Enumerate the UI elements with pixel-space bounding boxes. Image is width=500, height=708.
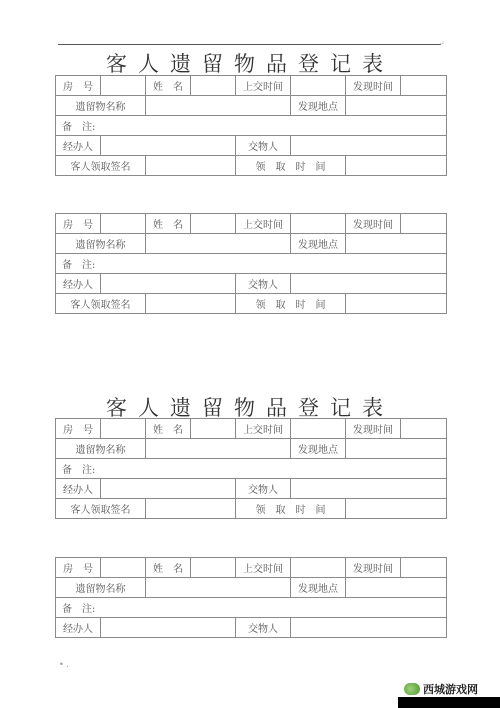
form-title: 客人遗留物品登记表	[0, 48, 500, 78]
submitter-label: 交物人	[236, 479, 291, 499]
found-location-label: 发现地点	[291, 234, 346, 254]
remarks-label: 备 注:	[62, 122, 95, 133]
watermark-text: 西城游戏网	[423, 681, 478, 697]
guest-signature-field[interactable]	[146, 294, 236, 314]
watermark: 西城游戏网	[398, 680, 500, 708]
item-name-field[interactable]	[146, 439, 291, 459]
handler-field[interactable]	[101, 274, 236, 294]
room-no-label: 房 号	[56, 419, 101, 439]
room-no-field[interactable]	[101, 419, 146, 439]
room-no-label: 房 号	[56, 214, 101, 234]
remarks-field[interactable]: 备 注:	[56, 116, 447, 136]
form-row: 经办人 交物人	[56, 274, 447, 294]
room-no-field[interactable]	[101, 76, 146, 96]
found-location-field[interactable]	[346, 439, 447, 459]
handler-label: 经办人	[56, 479, 101, 499]
name-field[interactable]	[191, 419, 236, 439]
name-field[interactable]	[191, 214, 236, 234]
remarks-label: 备 注:	[62, 604, 95, 615]
form-row: 经办人 交物人	[56, 618, 447, 638]
submitter-field[interactable]	[291, 136, 447, 156]
submitter-field[interactable]	[291, 479, 447, 499]
found-time-field[interactable]	[401, 76, 447, 96]
form-row: 房 号 姓 名 上交时间 发现时间	[56, 558, 447, 578]
found-time-field[interactable]	[401, 558, 447, 578]
submitter-field[interactable]	[291, 274, 447, 294]
found-time-label: 发现时间	[346, 419, 401, 439]
form-row: 客人领取签名 领 取 时 间	[56, 499, 447, 519]
form-row: 备 注:	[56, 254, 447, 274]
guest-signature-label: 客人领取签名	[56, 294, 146, 314]
found-location-field[interactable]	[346, 96, 447, 116]
found-location-field[interactable]	[346, 578, 447, 598]
guest-signature-label: 客人领取签名	[56, 499, 146, 519]
submit-time-field[interactable]	[291, 76, 346, 96]
name-label: 姓 名	[146, 419, 191, 439]
claim-time-label: 领 取 时 间	[236, 499, 346, 519]
form-row: 备 注:	[56, 459, 447, 479]
paragraph-mark: ↵	[438, 39, 445, 48]
remarks-field[interactable]: 备 注:	[56, 598, 447, 618]
handler-field[interactable]	[101, 136, 236, 156]
form-row: 客人领取签名 领 取 时 间	[56, 156, 447, 176]
claim-time-field[interactable]	[346, 294, 447, 314]
registration-form-3: 房 号 姓 名 上交时间 发现时间 遗留物名称 发现地点 备 注: 经办人 交物…	[55, 418, 447, 519]
claim-time-label: 领 取 时 间	[236, 156, 346, 176]
item-name-label: 遗留物名称	[56, 234, 146, 254]
claim-time-label: 领 取 时 间	[236, 294, 346, 314]
submitter-label: 交物人	[236, 618, 291, 638]
submit-time-label: 上交时间	[236, 214, 291, 234]
item-name-field[interactable]	[146, 234, 291, 254]
submitter-label: 交物人	[236, 274, 291, 294]
item-name-label: 遗留物名称	[56, 439, 146, 459]
found-location-label: 发现地点	[291, 578, 346, 598]
registration-form-4: 房 号 姓 名 上交时间 发现时间 遗留物名称 发现地点 备 注: 经办人 交物…	[55, 557, 447, 638]
guest-signature-field[interactable]	[146, 499, 236, 519]
registration-form-1: 房 号 姓 名 上交时间 发现时间 遗留物名称 发现地点 备 注: 经办人 交物…	[55, 75, 447, 176]
form-row: 遗留物名称 发现地点	[56, 96, 447, 116]
guest-signature-field[interactable]	[146, 156, 236, 176]
name-label: 姓 名	[146, 76, 191, 96]
room-no-field[interactable]	[101, 558, 146, 578]
item-name-field[interactable]	[146, 578, 291, 598]
submitter-field[interactable]	[291, 618, 447, 638]
found-time-label: 发现时间	[346, 76, 401, 96]
remarks-label: 备 注:	[62, 465, 95, 476]
form-row: 备 注:	[56, 116, 447, 136]
room-no-field[interactable]	[101, 214, 146, 234]
claim-time-field[interactable]	[346, 156, 447, 176]
item-name-label: 遗留物名称	[56, 578, 146, 598]
claim-time-field[interactable]	[346, 499, 447, 519]
found-time-label: 发现时间	[346, 558, 401, 578]
remarks-field[interactable]: 备 注:	[56, 254, 447, 274]
handler-field[interactable]	[101, 479, 236, 499]
remarks-field[interactable]: 备 注:	[56, 459, 447, 479]
found-time-field[interactable]	[401, 214, 447, 234]
name-label: 姓 名	[146, 214, 191, 234]
handler-label: 经办人	[56, 618, 101, 638]
found-time-field[interactable]	[401, 419, 447, 439]
submit-time-field[interactable]	[291, 419, 346, 439]
room-no-label: 房 号	[56, 558, 101, 578]
form-row: 客人领取签名 领 取 时 间	[56, 294, 447, 314]
form-row: 房 号 姓 名 上交时间 发现时间	[56, 214, 447, 234]
name-field[interactable]	[191, 76, 236, 96]
footer-mark: • .	[59, 660, 69, 669]
form-row: 遗留物名称 发现地点	[56, 439, 447, 459]
name-label: 姓 名	[146, 558, 191, 578]
found-location-label: 发现地点	[291, 439, 346, 459]
handler-field[interactable]	[101, 618, 236, 638]
handler-label: 经办人	[56, 274, 101, 294]
room-no-label: 房 号	[56, 76, 101, 96]
name-field[interactable]	[191, 558, 236, 578]
found-location-label: 发现地点	[291, 96, 346, 116]
found-location-field[interactable]	[346, 234, 447, 254]
form-row: 备 注:	[56, 598, 447, 618]
form-row: 经办人 交物人	[56, 479, 447, 499]
form-row: 房 号 姓 名 上交时间 发现时间	[56, 419, 447, 439]
registration-form-2: 房 号 姓 名 上交时间 发现时间 遗留物名称 发现地点 备 注: 经办人 交物…	[55, 213, 447, 314]
submitter-label: 交物人	[236, 136, 291, 156]
form-row: 房 号 姓 名 上交时间 发现时间	[56, 76, 447, 96]
submit-time-field[interactable]	[291, 558, 346, 578]
guest-signature-label: 客人领取签名	[56, 156, 146, 176]
submit-time-label: 上交时间	[236, 76, 291, 96]
watermark-bar	[398, 697, 500, 708]
submit-time-label: 上交时间	[236, 419, 291, 439]
remarks-label: 备 注:	[62, 260, 95, 271]
submit-time-field[interactable]	[291, 214, 346, 234]
leaf-logo-icon	[404, 683, 420, 695]
handler-label: 经办人	[56, 136, 101, 156]
header-rule	[58, 44, 441, 45]
submit-time-label: 上交时间	[236, 558, 291, 578]
form-row: 经办人 交物人	[56, 136, 447, 156]
form-row: 遗留物名称 发现地点	[56, 234, 447, 254]
form-row: 遗留物名称 发现地点	[56, 578, 447, 598]
found-time-label: 发现时间	[346, 214, 401, 234]
item-name-label: 遗留物名称	[56, 96, 146, 116]
item-name-field[interactable]	[146, 96, 291, 116]
